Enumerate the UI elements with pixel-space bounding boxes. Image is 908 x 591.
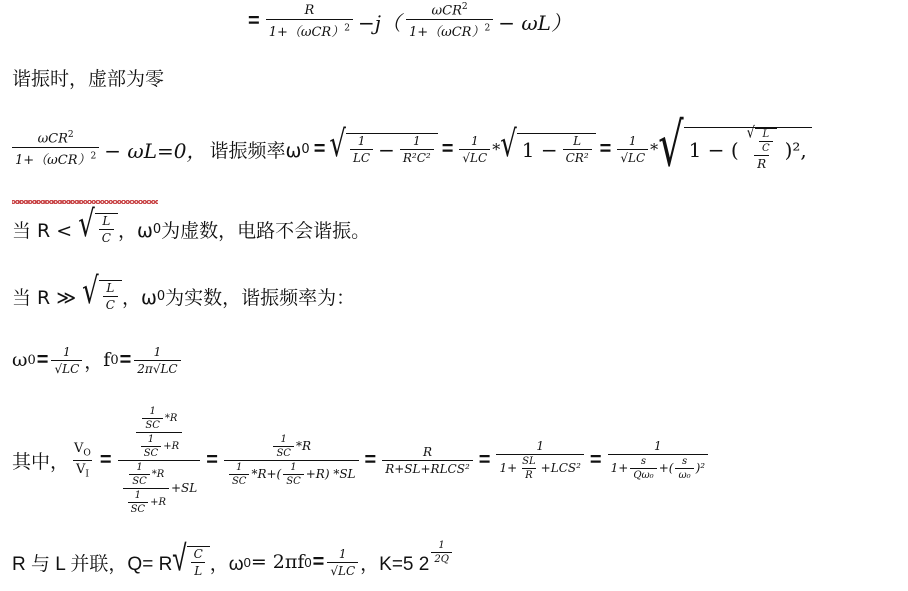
radical-icon: √ <box>172 540 186 585</box>
radical-icon: √ <box>747 125 755 156</box>
imaginary-j: −j（ <box>358 7 401 36</box>
transfer-function-line: 其中， VO VI = 1SC*R 1SC+R 1SC*R 1SC+R +SL … <box>12 405 710 515</box>
radical-icon: √ <box>78 207 95 252</box>
radical-icon: √ <box>329 127 346 172</box>
voltage-ratio: VO VI <box>71 441 94 479</box>
fraction-4: 1 1+SLR+LCS² <box>496 439 583 481</box>
sqrt-expression-3: √ 1 − ( √LC R )², <box>658 127 812 171</box>
compound-fraction-2: 1SC*R 1SC*R+(1SC+R) *SL <box>224 434 359 487</box>
real-part-fraction: R 1+（ωCR）2 <box>266 3 353 40</box>
equation-impedance-line: = R 1+（ωCR）2 −j（ ωCR2 1+（ωCR）2 − ωL） <box>244 2 574 40</box>
sqrt-expression-2: √ 1 − LCR² <box>500 133 595 165</box>
resonance-formula-line: ω0 = 1√LC ， f0 = 12π√LC <box>12 340 183 380</box>
fraction-3: R R+SL+RLCS² <box>382 445 473 476</box>
imag-fraction: ωCR2 1+（ωCR）2 <box>12 130 99 168</box>
resonance-frequency-equation: ωCR2 1+（ωCR）2 − ωL=0， 谐振频率ω0 = √ 1LC − 1… <box>10 108 812 190</box>
imag-part-fraction: ωCR2 1+（ωCR）2 <box>406 2 493 40</box>
radical-icon: √ <box>82 274 99 319</box>
fraction-5: 1 1+sQω₀+(sω₀)² <box>608 439 709 481</box>
imaginary-condition-line: 当 R < √LC ，ω0 为虚数，电路不会谐振。 <box>12 204 370 254</box>
radical-icon: √ <box>658 116 684 182</box>
compound-fraction-1: 1SC*R 1SC+R 1SC*R 1SC+R +SL <box>118 406 201 515</box>
radical-icon: √ <box>500 127 517 172</box>
q-factor-line: R 与 L 并联，Q= R √CL ，ω0 = 2πf0 = 1√LC ，K=5… <box>12 538 454 586</box>
equals-sign: = <box>248 10 260 33</box>
real-condition-line: 当 R ≫ √LC ，ω0 为实数，谐振频率为： <box>12 271 355 321</box>
sqrt-expression-1: √ 1LC − 1R²C² <box>329 133 437 165</box>
resonance-condition-text: 谐振时，虚部为零 <box>12 64 164 91</box>
